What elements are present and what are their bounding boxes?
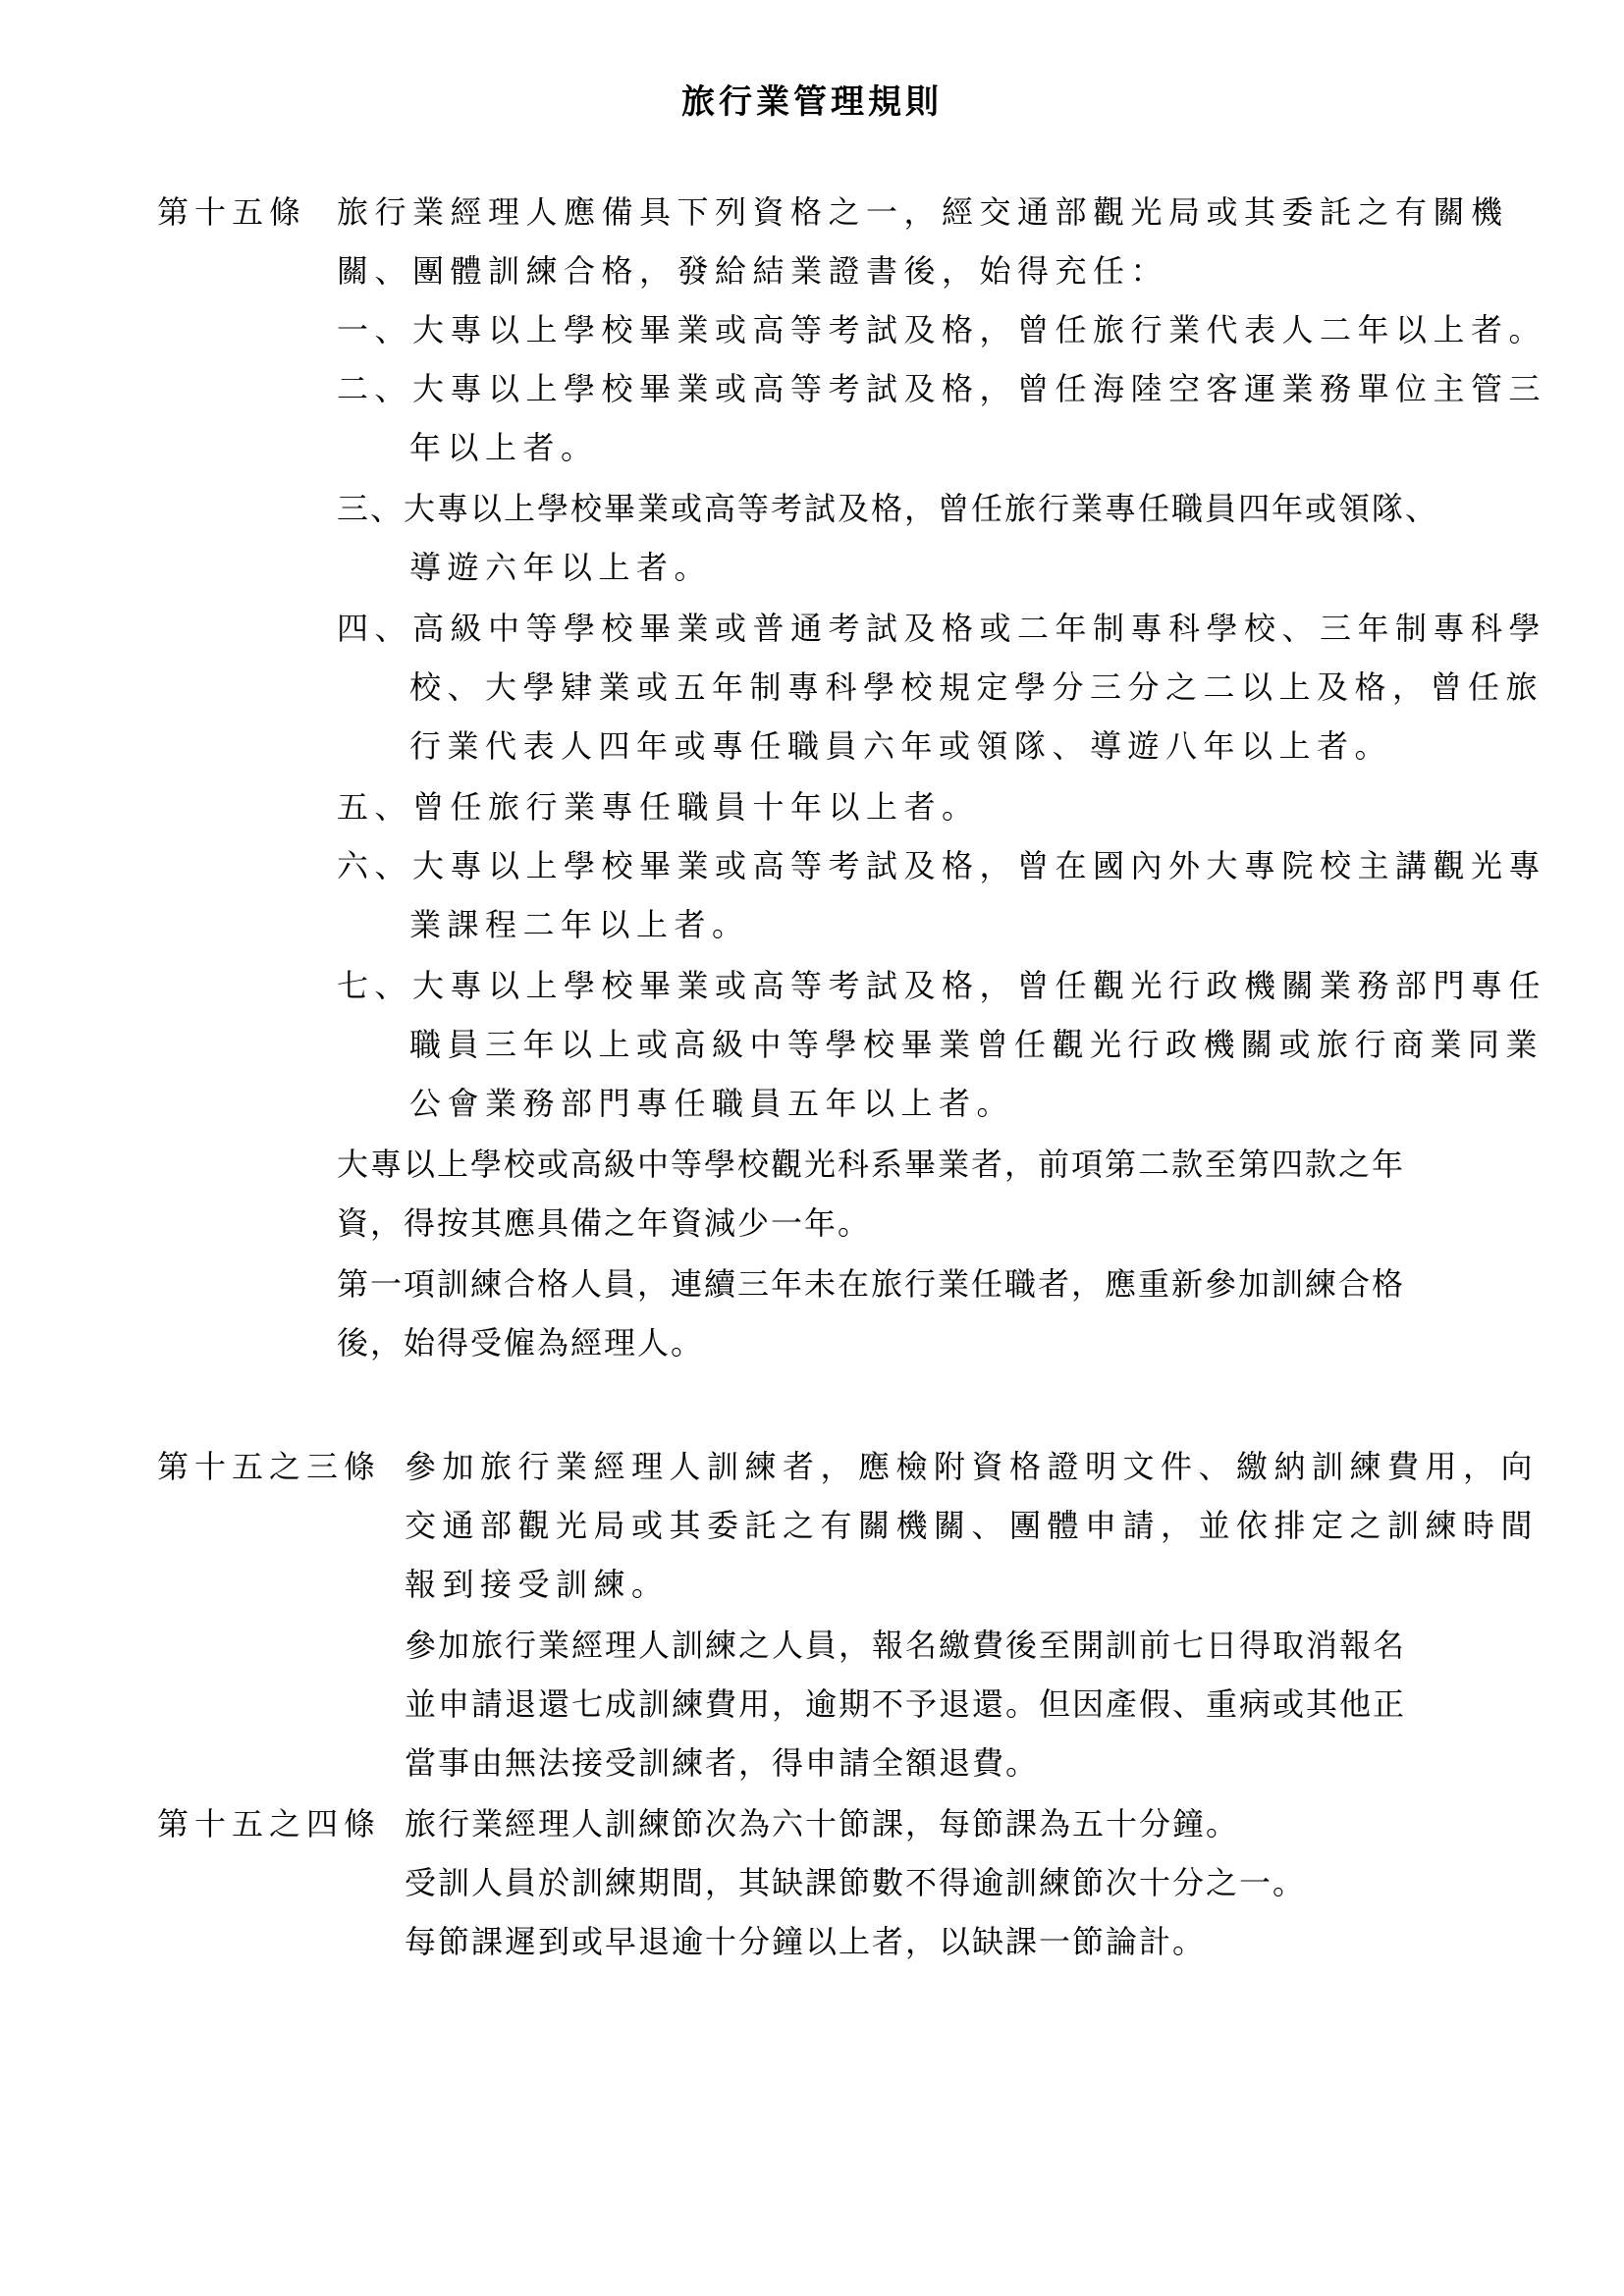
list-item-6-cont: 業課程二年以上者。 bbox=[409, 905, 750, 944]
document-title: 旅行業管理規則 bbox=[0, 75, 1624, 123]
article-label: 第十五之四條 bbox=[157, 1804, 381, 1843]
paragraph-2-cont: 資，得按其應具備之年資減少一年。 bbox=[337, 1203, 871, 1243]
article-label: 第十五之三條 bbox=[157, 1447, 381, 1486]
list-item-4-cont: 校、大學肄業或五年制專科學校規定學分三分之二以上及格，曾任旅 bbox=[409, 667, 1543, 707]
paragraph-2-cont: 當事由無法接受訓練者，得申請全額退費。 bbox=[405, 1743, 1039, 1783]
list-item-2-cont: 年以上者。 bbox=[409, 428, 599, 467]
article-text-line: 旅行業經理人應備具下列資格之一，經交通部觀光局或其委託之有關機 bbox=[337, 192, 1509, 232]
paragraph-3-cont: 後，始得受僱為經理人。 bbox=[337, 1323, 704, 1362]
article-text-line: 受訓人員於訓練期間，其缺課節數不得逾訓練節次十分之一。 bbox=[405, 1863, 1306, 1902]
article-text-line: 交通部觀光局或其委託之有關機關、團體申請，並依排定之訓練時間 bbox=[405, 1506, 1539, 1545]
document-page: 旅行業管理規則 第十五條 旅行業經理人應備具下列資格之一，經交通部觀光局或其委託… bbox=[0, 0, 1624, 2296]
paragraph-2-cont: 並申請退還七成訓練費用，逾期不予退還。但因產假、重病或其他正 bbox=[405, 1684, 1406, 1724]
list-item-2: 二、大專以上學校畢業或高等考試及格，曾任海陸空客運業務單位主管三 bbox=[337, 369, 1546, 408]
list-item-7: 七、大專以上學校畢業或高等考試及格，曾任觀光行政機關業務部門專任 bbox=[337, 966, 1546, 1005]
list-item-3: 三、大專以上學校畢業或高等考試及格，曾任旅行業專任職員四年或領隊、 bbox=[337, 489, 1438, 528]
list-item-6: 六、大專以上學校畢業或高等考試及格，曾在國內外大專院校主講觀光專 bbox=[337, 846, 1546, 885]
list-item-5: 五、曾任旅行業專任職員十年以上者。 bbox=[337, 787, 980, 827]
article-label: 第十五條 bbox=[157, 192, 306, 232]
list-item-4-cont: 行業代表人四年或專任職員六年或領隊、導遊八年以上者。 bbox=[409, 726, 1392, 766]
list-item-7-cont: 職員三年以上或高級中等學校畢業曾任觀光行政機關或旅行商業同業 bbox=[409, 1025, 1543, 1064]
article-text-line: 旅行業經理人訓練節次為六十節課，每節課為五十分鐘。 bbox=[405, 1804, 1239, 1843]
list-item-3-cont: 導遊六年以上者。 bbox=[409, 548, 712, 587]
article-text-line: 關、團體訓練合格，發給結業證書後，始得充任： bbox=[337, 251, 1168, 291]
paragraph-2: 大專以上學校或高級中等學校觀光科系畢業者，前項第二款至第四款之年 bbox=[337, 1145, 1405, 1184]
article-text-line: 每節課遲到或早退逾十分鐘以上者，以缺課一節論計。 bbox=[405, 1922, 1206, 1961]
article-text-line: 報到接受訓練。 bbox=[405, 1565, 670, 1604]
article-text-line: 參加旅行業經理人訓練者，應檢附資格證明文件、繳納訓練費用，向 bbox=[405, 1447, 1539, 1486]
paragraph-3: 第一項訓練合格人員，連續三年未在旅行業任職者，應重新參加訓練合格 bbox=[337, 1264, 1405, 1304]
paragraph-2: 參加旅行業經理人訓練之人員，報名繳費後至開訓前七日得取消報名 bbox=[405, 1626, 1406, 1665]
list-item-1: 一、大專以上學校畢業或高等考試及格，曾任旅行業代表人二年以上者。 bbox=[337, 310, 1546, 349]
list-item-7-cont: 公會業務部門專任職員五年以上者。 bbox=[409, 1084, 1014, 1123]
list-item-4: 四、高級中等學校畢業或普通考試及格或二年制專科學校、三年制專科學 bbox=[337, 609, 1546, 648]
